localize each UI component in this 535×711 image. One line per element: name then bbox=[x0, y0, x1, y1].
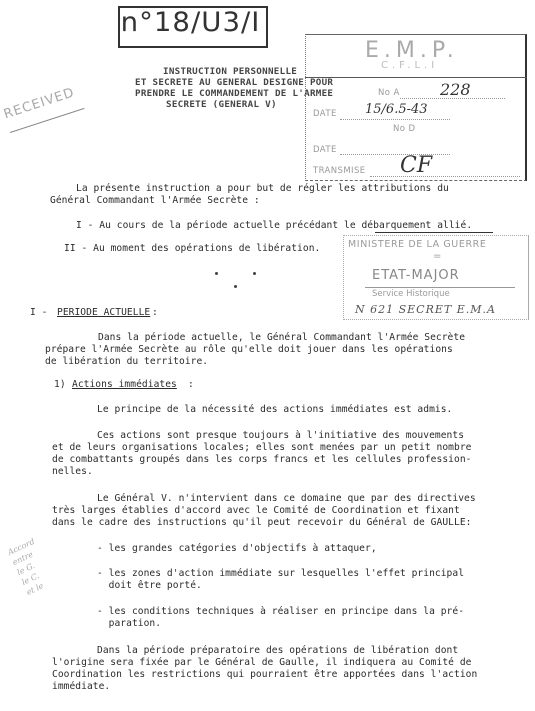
sub1-title: Actions immédiates bbox=[72, 379, 177, 390]
bullet-2-line-2: doit être porté. bbox=[97, 580, 202, 591]
transmis-label: TRANSMISE bbox=[313, 166, 366, 176]
date-value: 15/6.5-43 bbox=[365, 102, 428, 117]
separator-dot bbox=[253, 272, 256, 275]
bullet-2-line-1: - les zones d'action immédiate sur lesqu… bbox=[97, 568, 464, 579]
ministry-line-5: N 621 SECRET E.M.A bbox=[355, 303, 496, 316]
reception-divider bbox=[305, 77, 527, 78]
transmis-value: CF bbox=[400, 153, 432, 178]
para4-line-2: très larges établies d'accord avec le Co… bbox=[52, 505, 460, 516]
para1-line-1: Dans la période actuelle, le Général Com… bbox=[98, 332, 465, 343]
ministry-line-2: = bbox=[433, 251, 441, 262]
title-line-3: PRENDRE LE COMMANDEMENT DE L'ARMEE bbox=[135, 88, 333, 99]
para3-line-4: nelles. bbox=[52, 466, 93, 477]
title-line-2: ET SECRETE AU GENERAL DESIGNE POUR bbox=[135, 77, 333, 88]
section-1-heading: PERIODE ACTUELLE bbox=[57, 307, 150, 318]
intro-item-1: I - Au cours de la période actuelle préc… bbox=[76, 220, 472, 231]
ministry-line-1: MINISTERE DE LA GUERRE bbox=[348, 239, 486, 250]
para5-line-4: immédiate. bbox=[52, 681, 110, 692]
sub1-num: 1) bbox=[54, 379, 66, 390]
reception-subheader: C.F.L.I bbox=[381, 60, 438, 71]
intro-line-1: La présente instruction a pour but de ré… bbox=[76, 183, 449, 194]
ministry-line-4: Service Historique bbox=[372, 289, 450, 299]
para3-line-3: de combattants groupés dans les corps fr… bbox=[52, 454, 471, 465]
para1-line-2: prépare l'Armée Secrète au rôle qu'elle … bbox=[45, 344, 453, 355]
reference-number: n°18/U3/I bbox=[121, 7, 261, 38]
intro-item-2: II - Au moment des opérations de libérat… bbox=[64, 243, 320, 254]
para5-line-3: Coordination les restrictions qui pourra… bbox=[52, 669, 477, 680]
para3-line-1: Ces actions sont presque toujours à l'in… bbox=[97, 430, 464, 441]
para2: Le principe de la nécessité des actions … bbox=[97, 404, 452, 415]
section-1-heading-suffix: : bbox=[152, 307, 158, 318]
bullet-3-line-1: - les conditions techniques à réaliser e… bbox=[97, 606, 464, 617]
bullet-1-line-1: - les grandes catégories d'objectifs à a… bbox=[97, 543, 377, 554]
para4-line-1: Le Général V. n'intervient dans ce domai… bbox=[97, 493, 476, 504]
no-a-value: 228 bbox=[440, 80, 471, 99]
title-line-4: SECRETE (GENERAL V) bbox=[166, 99, 277, 110]
separator-dot bbox=[234, 285, 237, 288]
section-1-num: I - bbox=[30, 307, 47, 318]
received-stamp: RECEIVED bbox=[2, 85, 77, 122]
para1-line-3: de libération du territoire. bbox=[45, 356, 208, 367]
intro-item-1-underline bbox=[375, 232, 493, 233]
date2-dots bbox=[340, 154, 450, 155]
margin-note: Accord entre le G. le C. et le bbox=[6, 536, 55, 598]
para5-line-2: l'origine sera fixée par le Général de G… bbox=[52, 657, 471, 668]
separator-dot bbox=[215, 272, 218, 275]
para5-line-1: Dans la période préparatoire des opérati… bbox=[97, 645, 458, 656]
date2-label: DATE bbox=[313, 145, 337, 155]
no-d-label: No D bbox=[393, 124, 415, 134]
date-label: DATE bbox=[313, 109, 337, 119]
para3-line-2: et de leurs organisations locales; elles… bbox=[52, 442, 471, 453]
title-line-1: INSTRUCTION PERSONNELLE bbox=[163, 66, 297, 77]
received-stamp-text: RECEIVED bbox=[2, 85, 77, 122]
para4-line-3: dans le cadre des instructions qu'il peu… bbox=[52, 517, 471, 528]
ministry-stamp-rule bbox=[365, 287, 515, 288]
sub1-suffix: : bbox=[188, 379, 194, 390]
intro-line-2: Général Commandant l'Armée Secrète : bbox=[50, 195, 260, 206]
no-a-label: No A bbox=[378, 88, 400, 98]
ministry-line-3: ETAT-MAJOR bbox=[372, 268, 460, 283]
date-dots bbox=[340, 119, 450, 120]
transmis-dots bbox=[370, 176, 520, 177]
bullet-3-line-2: paration. bbox=[97, 618, 161, 629]
